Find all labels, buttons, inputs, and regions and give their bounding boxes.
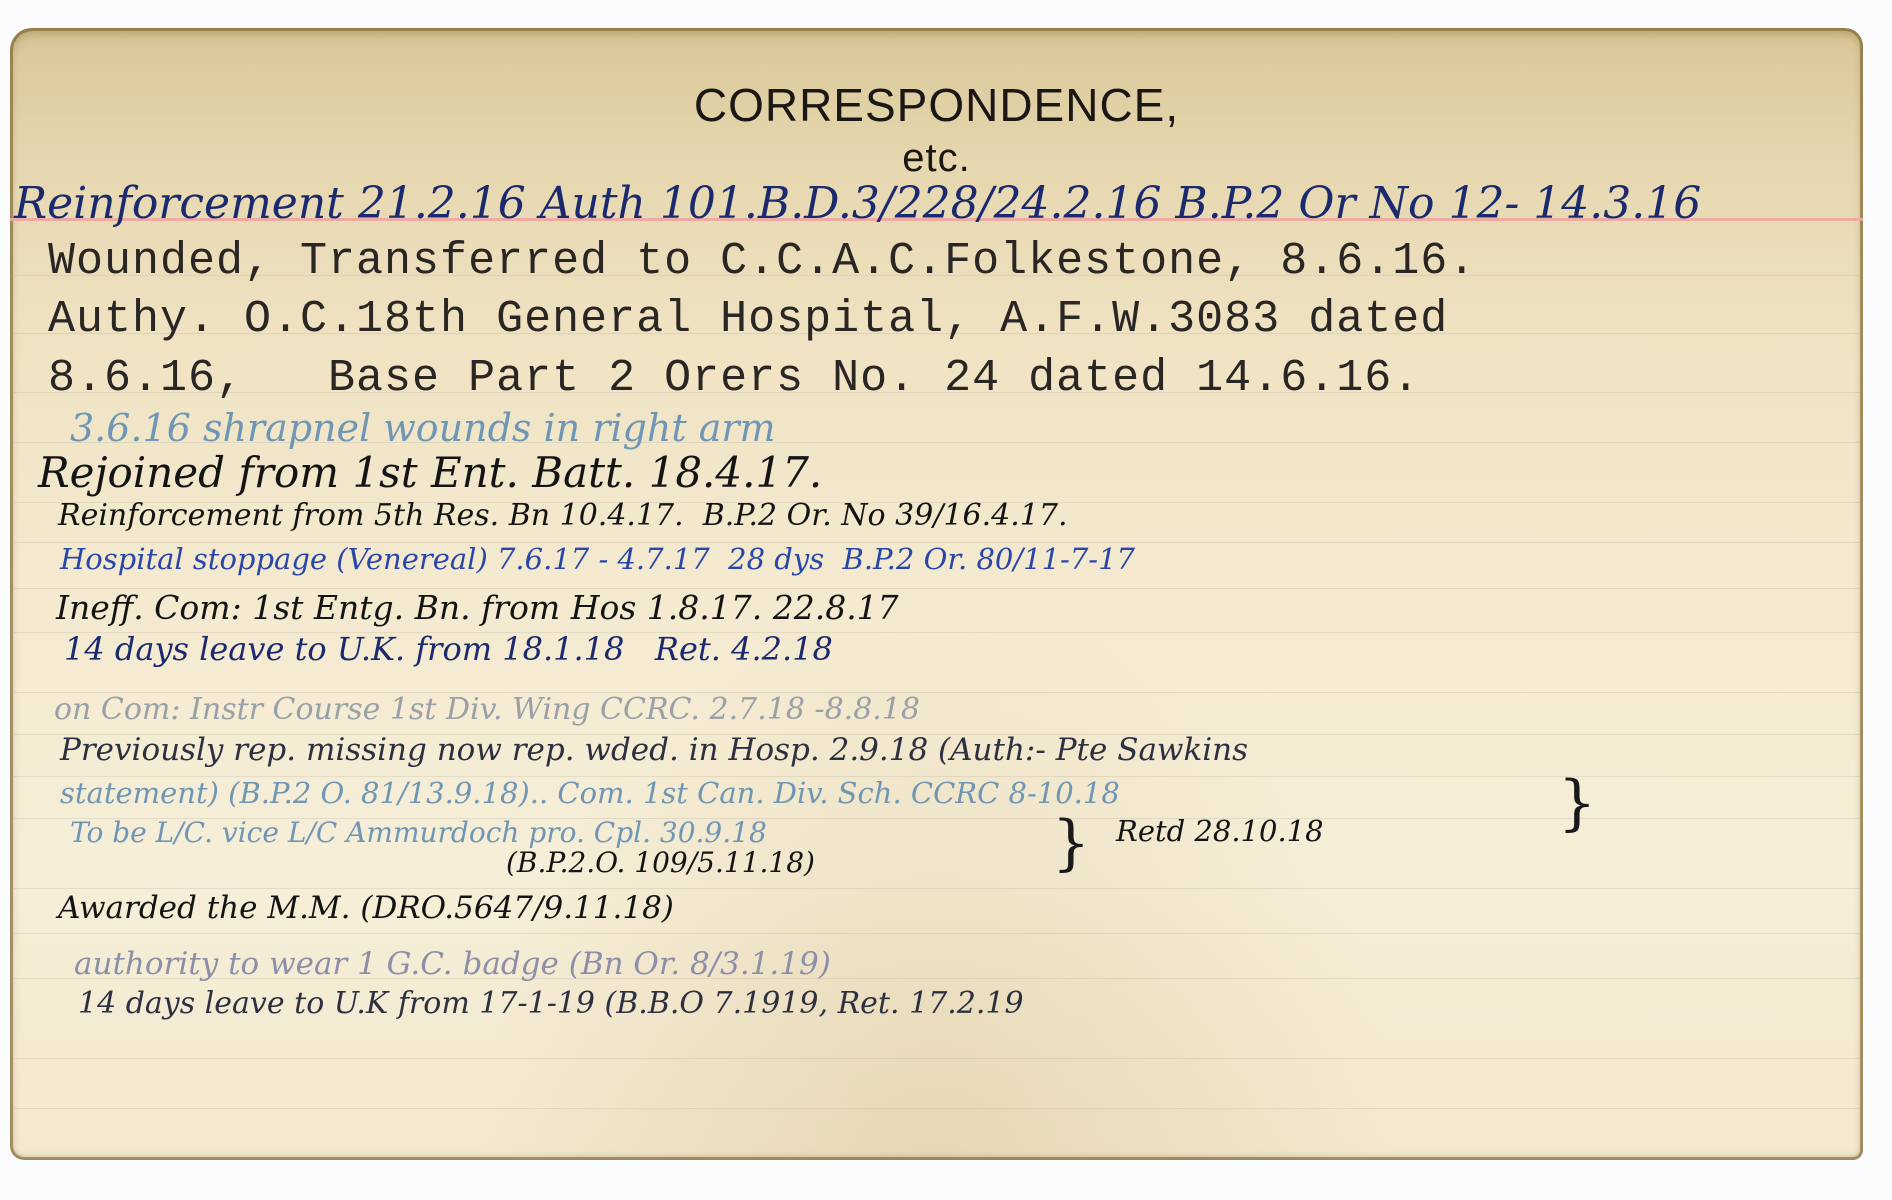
typed-entry: 8.6.16, Base Part 2 Orers No. 24 dated 1… xyxy=(48,353,1420,404)
handwritten-entry: 3.6.16 shrapnel wounds in right arm xyxy=(70,406,776,450)
handwritten-entry: To be L/C. vice L/C Ammurdoch pro. Cpl. … xyxy=(70,816,767,849)
typed-entry: Wounded, Transferred to C.C.A.C.Folkesto… xyxy=(48,236,1476,287)
handwritten-entry: Rejoined from 1st Ent. Batt. 18.4.17. xyxy=(38,448,822,497)
card-subheading: etc. xyxy=(10,136,1863,181)
handwritten-entry: (B.P.2.O. 109/5.11.18) xyxy=(506,846,815,879)
handwritten-entry: Reinforcement 21.2.16 Auth 101.B.D.3/228… xyxy=(14,178,1701,229)
ruled-line xyxy=(10,933,1863,934)
handwritten-entry: Previously rep. missing now rep. wded. i… xyxy=(60,732,1248,768)
bracket: } xyxy=(1558,768,1596,838)
handwritten-entry: statement) (B.P.2 O. 81/13.9.18).. Com. … xyxy=(60,776,1120,810)
typed-entry: Authy. O.C.18th General Hospital, A.F.W.… xyxy=(48,294,1448,345)
handwritten-entry: Ineff. Com: 1st Entg. Bn. from Hos 1.8.1… xyxy=(56,588,899,627)
ruled-line xyxy=(10,888,1863,889)
bracket: } xyxy=(1052,808,1090,878)
ruled-line xyxy=(10,1108,1863,1109)
handwritten-entry: authority to wear 1 G.C. badge (Bn Or. 8… xyxy=(74,946,831,982)
handwritten-entry: 14 days leave to U.K from 17-1-19 (B.B.O… xyxy=(78,986,1024,1021)
card-heading: CORRESPONDENCE, xyxy=(10,78,1863,132)
handwritten-entry: 14 days leave to U.K. from 18.1.18 Ret. … xyxy=(64,630,833,668)
handwritten-entry: on Com: Instr Course 1st Div. Wing CCRC.… xyxy=(54,692,920,727)
record-card: CORRESPONDENCE, etc. Reinforcement 21.2.… xyxy=(10,28,1863,1160)
handwritten-entry: Retd 28.10.18 xyxy=(1116,814,1324,848)
handwritten-entry: Hospital stoppage (Venereal) 7.6.17 - 4.… xyxy=(60,542,1135,576)
handwritten-entry: Awarded the M.M. (DRO.5647/9.11.18) xyxy=(58,890,674,926)
handwritten-entry: Reinforcement from 5th Res. Bn 10.4.17. … xyxy=(58,498,1067,533)
ruled-line xyxy=(10,1058,1863,1059)
